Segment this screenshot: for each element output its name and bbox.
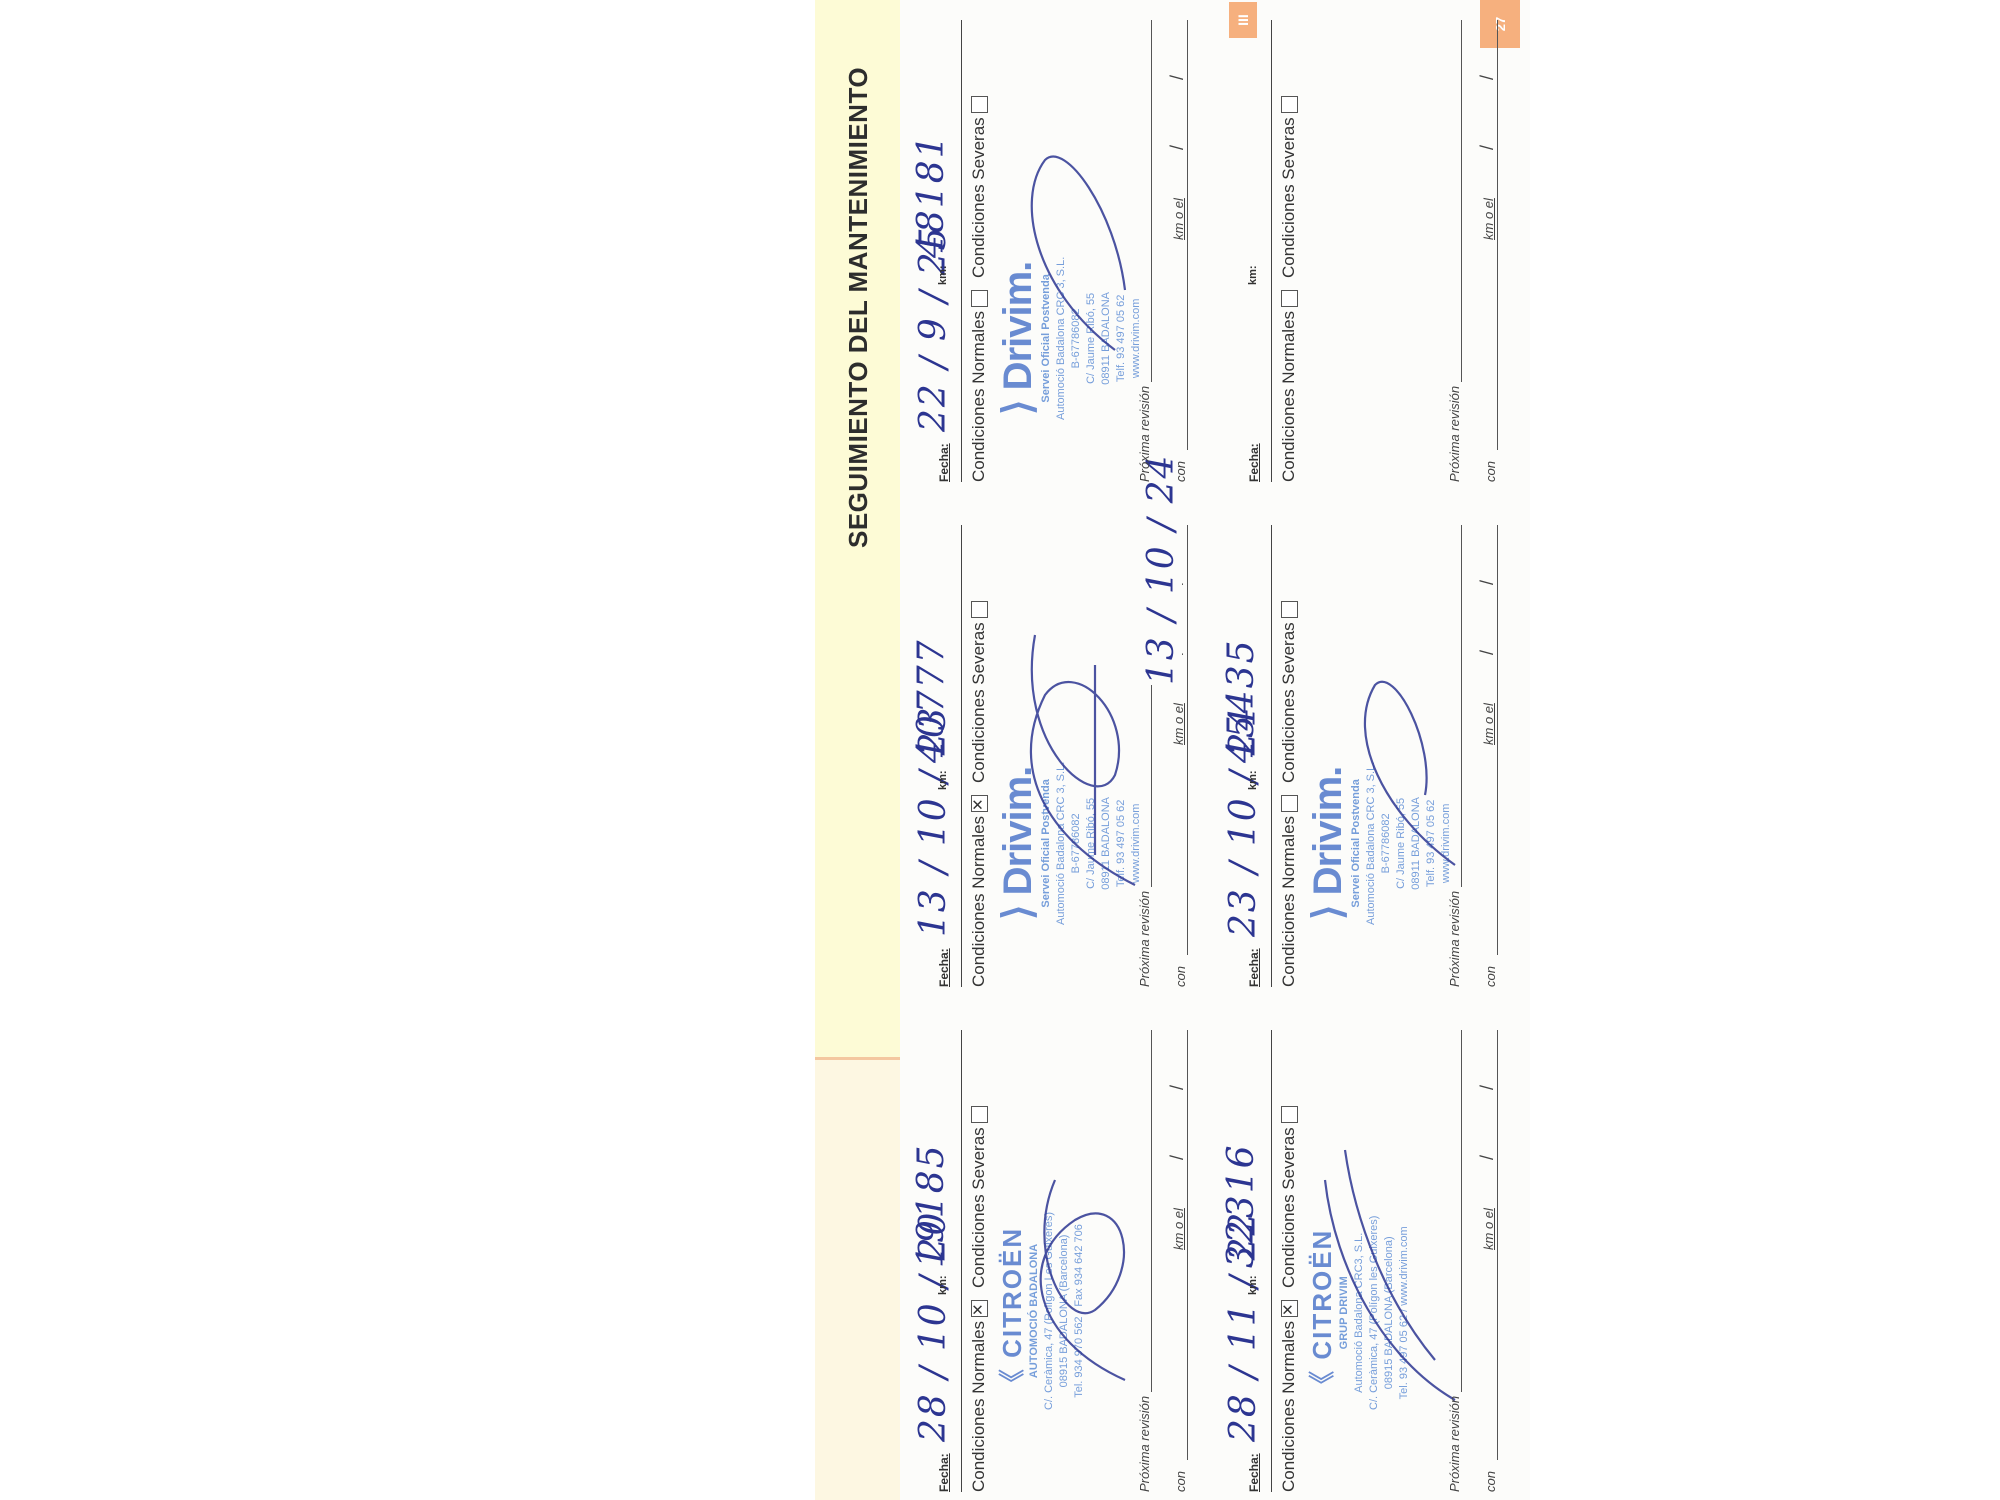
maintenance-page: SEGUIMIENTO DEL MANTENIMIENTO III 27 Fec… [815, 0, 1530, 1500]
km-o-el-label: km o el [1171, 1208, 1186, 1250]
stamp-line: Tel. 93 497 05 62 / www.drivim.com [1397, 1216, 1412, 1410]
stamp-line: Servei Oficial Postvenda [1349, 762, 1364, 925]
severas-label: Condiciones Severas [1279, 1127, 1299, 1288]
date-slash: / [1477, 580, 1498, 585]
stamp-line: B-67786082 [1069, 762, 1084, 925]
date-slash: / [1477, 1085, 1498, 1090]
stamp-line: Telf. 93 497 05 62 [1114, 257, 1129, 420]
normales-label: Condiciones Normales [969, 311, 989, 482]
km-label: km: [937, 265, 949, 285]
service-record-row2-col2: Fecha: 23 / 10 / 24 km: 45435 Condicione… [1215, 515, 1520, 995]
next-km-line [1497, 1030, 1498, 1460]
next-km-line [1187, 525, 1188, 955]
fecha-label: Fecha: [937, 443, 951, 482]
proxima-revision-line [1461, 525, 1462, 887]
page-title: SEGUIMIENTO DEL MANTENIMIENTO [843, 67, 874, 548]
conditions-row: Condiciones Normales Condiciones Severas [969, 88, 989, 482]
service-record-row2-col1: Fecha: 28 / 11 / 22 km: 32316 Condicione… [1215, 1020, 1520, 1500]
severas-checkbox[interactable] [971, 601, 988, 618]
km-o-el-label: km o el [1481, 198, 1496, 240]
date-slash: / [1477, 145, 1498, 150]
proxima-revision-line [1461, 20, 1462, 382]
drivim-logo: ⟩ Drivim. [997, 257, 1039, 420]
date-km-line [1239, 20, 1272, 482]
normales-checkbox[interactable] [1281, 290, 1298, 307]
severas-label: Condiciones Severas [1279, 117, 1299, 278]
conditions-row: Condiciones Normales Condiciones Severas [1279, 1098, 1299, 1492]
date-slash: / [1167, 75, 1188, 80]
con-label: con [1173, 1471, 1188, 1492]
stamp-line: C/. Ceràmica, 47 (Polígon les Guixeres) [1367, 1216, 1382, 1410]
service-record-row1-col3: Fecha: 22 / 9 / 25 km: 48181 Condiciones… [905, 10, 1210, 490]
fecha-label: Fecha: [937, 948, 951, 987]
stamp-line: Telf. 93 497 05 62 [1424, 762, 1439, 925]
stamp-line: 08915 BADALONA (Barcelona) [1057, 1212, 1072, 1410]
conditions-row: Condiciones Normales Condiciones Severas [1279, 88, 1299, 482]
stamp-block: 《 CITROËNAUTOMOCIÓ BADALONAC/. Ceràmica,… [997, 1212, 1087, 1410]
handwritten-km[interactable]: 32316 [1221, 1143, 1262, 1268]
stamp-line: 08911 BADALONA [1409, 762, 1424, 925]
handwritten-km[interactable]: 45435 [1221, 638, 1262, 763]
stamp-block: 《 CITROËNGRUP DRIVIMAutomoció Badalona C… [1307, 1216, 1412, 1410]
km-o-el-label: km o el [1171, 703, 1186, 745]
date-slash: / [1477, 1155, 1498, 1160]
con-label: con [1483, 461, 1498, 482]
severas-label: Condiciones Severas [969, 117, 989, 278]
stamp-line: Telf. 93 497 05 62 [1114, 762, 1129, 925]
stamp-line: C/. Ceràmica, 47 (Polígon Les Guixeres) [1042, 1212, 1057, 1410]
normales-checkbox[interactable] [971, 1300, 988, 1317]
severas-checkbox[interactable] [971, 1106, 988, 1123]
handwritten-km[interactable]: 48181 [911, 133, 952, 258]
conditions-row: Condiciones Normales Condiciones Severas [969, 1098, 989, 1492]
normales-checkbox[interactable] [1281, 795, 1298, 812]
km-o-el-label: km o el [1171, 198, 1186, 240]
drivim-logo: ⟩ Drivim. [1307, 762, 1349, 925]
page-fold-divider [815, 1057, 900, 1060]
service-record-row2-col3: Fecha: km: Condiciones Normales Condicio… [1215, 10, 1520, 490]
stamp-line: Servei Oficial Postvenda [1039, 257, 1054, 420]
handwritten-km[interactable]: 40777 [911, 638, 952, 763]
stamp-line: 08911 BADALONA [1099, 257, 1114, 420]
proxima-revision-label: Próxima revisión [1447, 1396, 1462, 1492]
fecha-label: Fecha: [1247, 948, 1261, 987]
proxima-revision-line [1461, 1030, 1462, 1392]
stamp-line: Automoció Badalona CRC 3, S.L. [1364, 762, 1379, 925]
stamp-line: Automoció Badalona CRC 3, S.L. [1054, 257, 1069, 420]
citroen-logo: 《 CITROËN [1307, 1216, 1337, 1410]
stamp-line: Servei Oficial Postvenda [1039, 762, 1054, 925]
handwritten-km[interactable]: 19185 [911, 1143, 952, 1268]
next-km-line [1497, 525, 1498, 955]
stamp-line: Automoció Badalona CRC3, S.L. [1352, 1216, 1367, 1410]
next-km-line [1187, 20, 1188, 450]
date-slash: / [1167, 1085, 1188, 1090]
severas-checkbox[interactable] [1281, 1106, 1298, 1123]
conditions-row: Condiciones Normales Condiciones Severas [969, 593, 989, 987]
stamp-line: AUTOMOCIÓ BADALONA [1027, 1212, 1042, 1410]
km-label: km: [1247, 770, 1259, 790]
severas-checkbox[interactable] [1281, 96, 1298, 113]
stamp-line: B-67786082 [1069, 257, 1084, 420]
fecha-label: Fecha: [1247, 1453, 1261, 1492]
severas-label: Condiciones Severas [1279, 622, 1299, 783]
proxima-revision-label: Próxima revisión [1137, 1396, 1152, 1492]
date-slash: / [1477, 75, 1498, 80]
next-km-line [1187, 1030, 1188, 1460]
severas-checkbox[interactable] [1281, 601, 1298, 618]
normales-label: Condiciones Normales [969, 816, 989, 987]
km-label: km: [1247, 265, 1259, 285]
proxima-revision-label: Próxima revisión [1447, 891, 1462, 987]
stamp-block: ⟩ Drivim.Servei Oficial PostvendaAutomoc… [1307, 762, 1454, 925]
stamp-line: B-67786082 [1379, 762, 1394, 925]
stamp-line: 08911 BADALONA [1099, 762, 1114, 925]
next-km-line [1497, 20, 1498, 450]
fecha-label: Fecha: [1247, 443, 1261, 482]
km-o-el-label: km o el [1481, 703, 1496, 745]
conditions-row: Condiciones Normales Condiciones Severas [1279, 593, 1299, 987]
stamp-line: C/ Jaume Ribó, 55 [1084, 762, 1099, 925]
date-slash: / [1167, 145, 1188, 150]
severas-label: Condiciones Severas [969, 1127, 989, 1288]
date-slash: / [1167, 1155, 1188, 1160]
severas-label: Condiciones Severas [969, 622, 989, 783]
normales-label: Condiciones Normales [969, 1321, 989, 1492]
fecha-label: Fecha: [937, 1453, 951, 1492]
proxima-revision-line [1151, 20, 1152, 382]
normales-label: Condiciones Normales [1279, 816, 1299, 987]
con-label: con [1173, 461, 1188, 482]
km-label: km: [937, 1275, 949, 1295]
proxima-revision-label: Próxima revisión [1137, 891, 1152, 987]
citroen-logo: 《 CITROËN [997, 1212, 1027, 1410]
date-slash: / [1477, 650, 1498, 655]
normales-checkbox[interactable] [971, 795, 988, 812]
severas-checkbox[interactable] [971, 96, 988, 113]
header-band-previous-page [815, 1060, 900, 1500]
stamp-line: C/ Jaume Ribó, 55 [1084, 257, 1099, 420]
stamp-line: Automoció Badalona CRC 3, S.L. [1054, 762, 1069, 925]
service-record-row1-col1: Fecha: 28 / 10 / 20 km: 19185 Condicione… [905, 1020, 1210, 1500]
service-record-row1-col2: Fecha: 13 / 10 / 23 km: 40777 Condicione… [905, 515, 1210, 995]
con-label: con [1483, 966, 1498, 987]
km-o-el-label: km o el [1481, 1208, 1496, 1250]
km-label: km: [937, 770, 949, 790]
normales-checkbox[interactable] [1281, 1300, 1298, 1317]
stamp-block: ⟩ Drivim.Servei Oficial PostvendaAutomoc… [997, 762, 1144, 925]
stamp-line: Tel. 934 970 562 · Fax 934 642 706 [1072, 1212, 1087, 1410]
km-label: km: [1247, 1275, 1259, 1295]
con-label: con [1173, 966, 1188, 987]
stamp-line: C/ Jaume Ribó, 55 [1394, 762, 1409, 925]
normales-label: Condiciones Normales [1279, 1321, 1299, 1492]
normales-checkbox[interactable] [971, 290, 988, 307]
proxima-revision-label: Próxima revisión [1137, 386, 1152, 482]
normales-label: Condiciones Normales [1279, 311, 1299, 482]
proxima-revision-line [1151, 1030, 1152, 1392]
con-label: con [1483, 1471, 1498, 1492]
drivim-logo: ⟩ Drivim. [997, 762, 1039, 925]
stamp-block: ⟩ Drivim.Servei Oficial PostvendaAutomoc… [997, 257, 1144, 420]
stamp-line: GRUP DRIVIM [1337, 1216, 1352, 1410]
stamp-line: 08915 BADALONA (Barcelona) [1382, 1216, 1397, 1410]
proxima-revision-label: Próxima revisión [1447, 386, 1462, 482]
